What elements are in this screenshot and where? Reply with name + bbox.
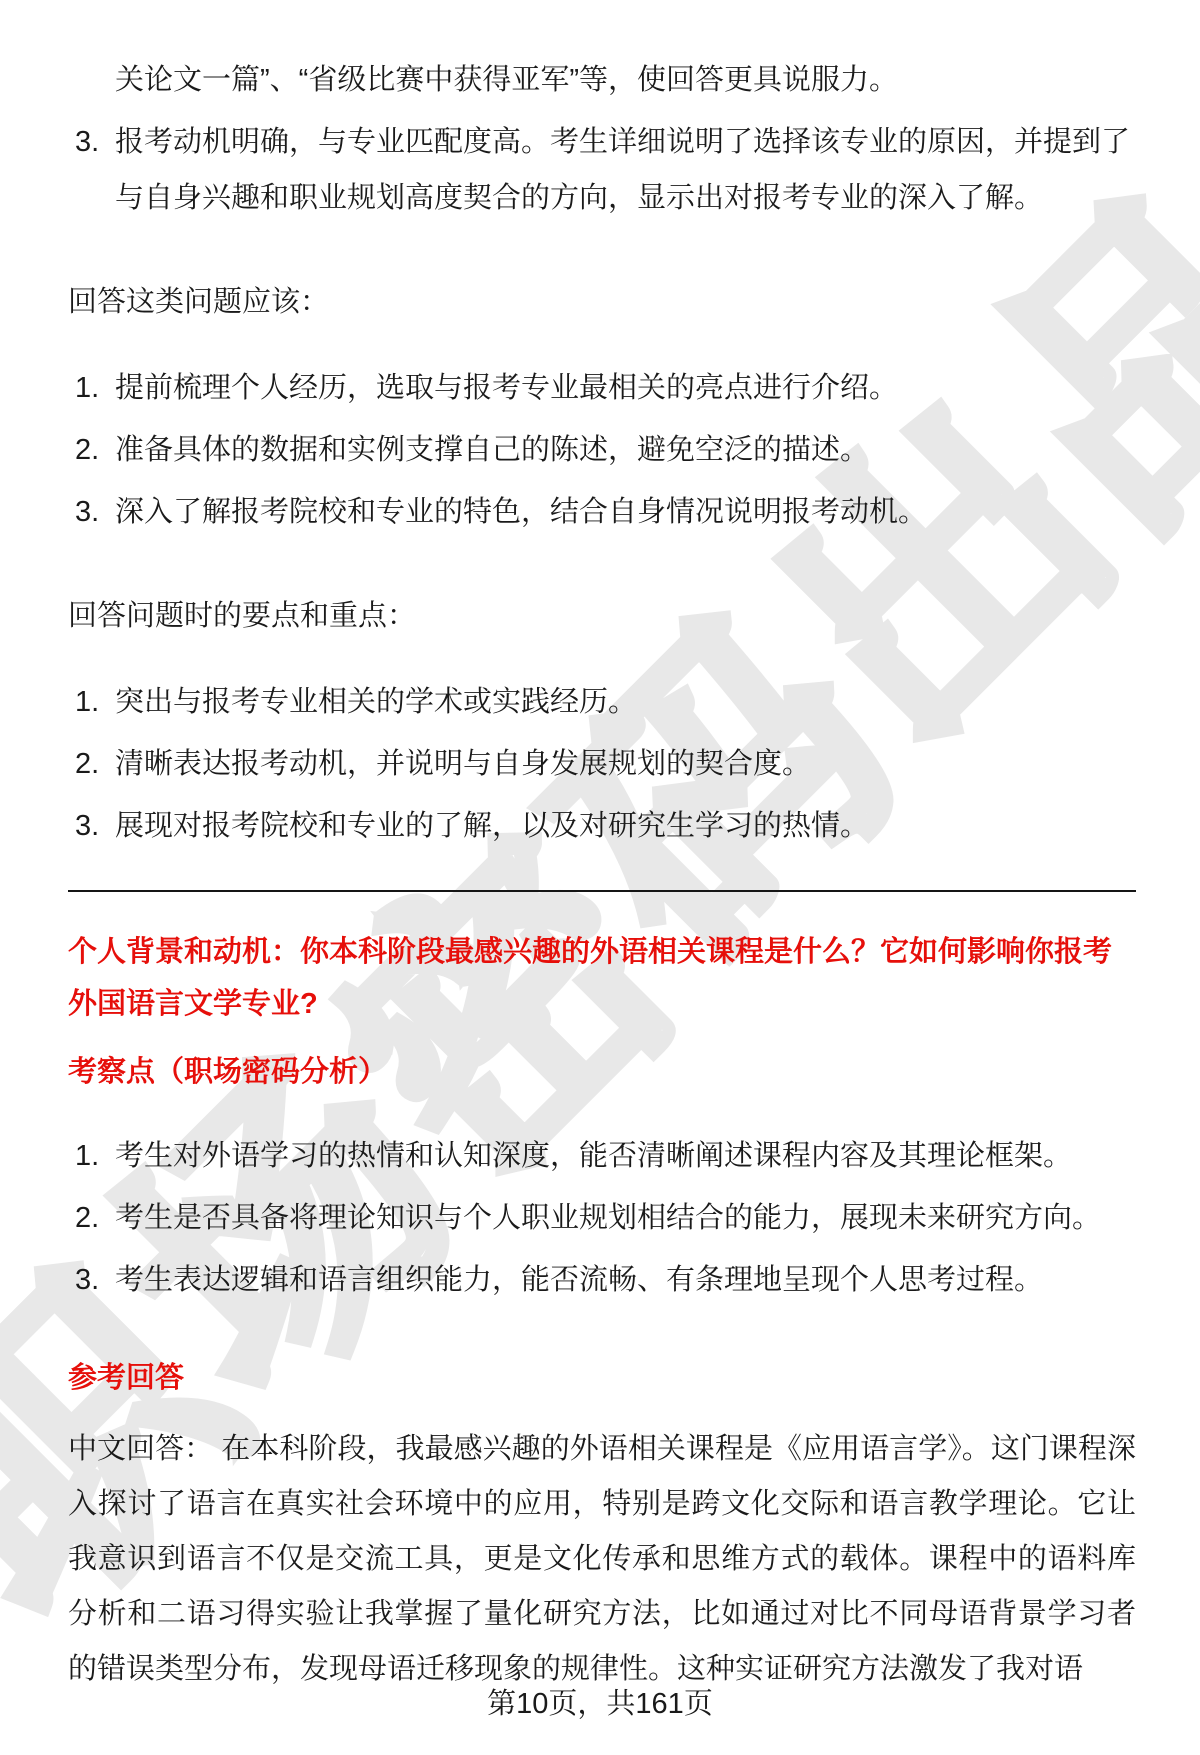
how-to-answer-list: 1. 提前梳理个人经历，选取与报考专业最相关的亮点进行介绍。 2. 准备具体的数… bbox=[68, 360, 1136, 540]
list-item-number: 2. bbox=[68, 1190, 115, 1246]
list-item-text: 考生对外语学习的热情和认知深度，能否清晰阐述课程内容及其理论框架。 bbox=[115, 1128, 1136, 1184]
list-item-text: 展现对报考院校和专业的了解，以及对研究生学习的热情。 bbox=[115, 798, 1136, 854]
list-item-text: 考生表达逻辑和语言组织能力，能否流畅、有条理地呈现个人思考过程。 bbox=[115, 1252, 1136, 1308]
list-item-number: 1. bbox=[68, 1128, 115, 1184]
list-item-number: 3. bbox=[68, 484, 115, 540]
list-item: 3. 考生表达逻辑和语言组织能力，能否流畅、有条理地呈现个人思考过程。 bbox=[68, 1252, 1136, 1308]
list-item-text: 提前梳理个人经历，选取与报考专业最相关的亮点进行介绍。 bbox=[115, 360, 1136, 416]
list-item-number: 1. bbox=[68, 360, 115, 416]
list-item-number: 1. bbox=[68, 674, 115, 730]
list-item-number: 2. bbox=[68, 736, 115, 792]
list-item-number: 3. bbox=[68, 1252, 115, 1308]
list-item: 1. 突出与报考专业相关的学术或实践经历。 bbox=[68, 674, 1136, 730]
reference-answer-heading: 参考回答 bbox=[68, 1352, 1136, 1404]
question-title: 个人背景和动机：你本科阶段最感兴趣的外语相关课程是什么？它如何影响你报考外国语言… bbox=[68, 926, 1136, 1030]
page-content: 关论文一篇”、“省级比赛中获得亚军”等，使回答更具说服力。 3. 报考动机明确，… bbox=[0, 0, 1200, 1697]
list-item-text: 准备具体的数据和实例支撑自己的陈述，避免空泛的描述。 bbox=[115, 422, 1136, 478]
list-item: 3. 深入了解报考院校和专业的特色，结合自身情况说明报考动机。 bbox=[68, 484, 1136, 540]
list-item-text: 突出与报考专业相关的学术或实践经历。 bbox=[115, 674, 1136, 730]
list-item-text: 清晰表达报考动机，并说明与自身发展规划的契合度。 bbox=[115, 736, 1136, 792]
exam-points-heading: 考察点（职场密码分析） bbox=[68, 1046, 1136, 1098]
list-item: 3. 展现对报考院校和专业的了解，以及对研究生学习的热情。 bbox=[68, 798, 1136, 854]
list-item-number: 3. bbox=[68, 798, 115, 854]
page-number: 第10页，共161页 bbox=[0, 1682, 1200, 1726]
list-item: 2. 考生是否具备将理论知识与个人职业规划相结合的能力，展现未来研究方向。 bbox=[68, 1190, 1136, 1246]
section-divider bbox=[68, 890, 1136, 892]
list-item: 2. 准备具体的数据和实例支撑自己的陈述，避免空泛的描述。 bbox=[68, 422, 1136, 478]
carryover-line: 关论文一篇”、“省级比赛中获得亚军”等，使回答更具说服力。 bbox=[68, 52, 1136, 108]
section-heading-how-to-answer: 回答这类问题应该： bbox=[68, 274, 1136, 330]
list-item-number: 3. bbox=[68, 114, 115, 170]
list-item: 3. 报考动机明确，与专业匹配度高。考生详细说明了选择该专业的原因，并提到了与自… bbox=[68, 114, 1136, 226]
list-item: 1. 考生对外语学习的热情和认知深度，能否清晰阐述课程内容及其理论框架。 bbox=[68, 1128, 1136, 1184]
reference-answer-paragraph: 中文回答： 在本科阶段，我最感兴趣的外语相关课程是《应用语言学》。这门课程深入探… bbox=[68, 1422, 1136, 1697]
exam-points-list: 1. 考生对外语学习的热情和认知深度，能否清晰阐述课程内容及其理论框架。 2. … bbox=[68, 1128, 1136, 1308]
section-heading-key-points: 回答问题时的要点和重点： bbox=[68, 588, 1136, 644]
list-item-text: 报考动机明确，与专业匹配度高。考生详细说明了选择该专业的原因，并提到了与自身兴趣… bbox=[115, 114, 1136, 226]
list-item: 1. 提前梳理个人经历，选取与报考专业最相关的亮点进行介绍。 bbox=[68, 360, 1136, 416]
list-item-text: 考生是否具备将理论知识与个人职业规划相结合的能力，展现未来研究方向。 bbox=[115, 1190, 1136, 1246]
list-item-text: 深入了解报考院校和专业的特色，结合自身情况说明报考动机。 bbox=[115, 484, 1136, 540]
list-item-number: 2. bbox=[68, 422, 115, 478]
key-points-list: 1. 突出与报考专业相关的学术或实践经历。 2. 清晰表达报考动机，并说明与自身… bbox=[68, 674, 1136, 854]
list-item: 2. 清晰表达报考动机，并说明与自身发展规划的契合度。 bbox=[68, 736, 1136, 792]
document-page: 职场密码出品 关论文一篇”、“省级比赛中获得亚军”等，使回答更具说服力。 3. … bbox=[0, 0, 1200, 1755]
